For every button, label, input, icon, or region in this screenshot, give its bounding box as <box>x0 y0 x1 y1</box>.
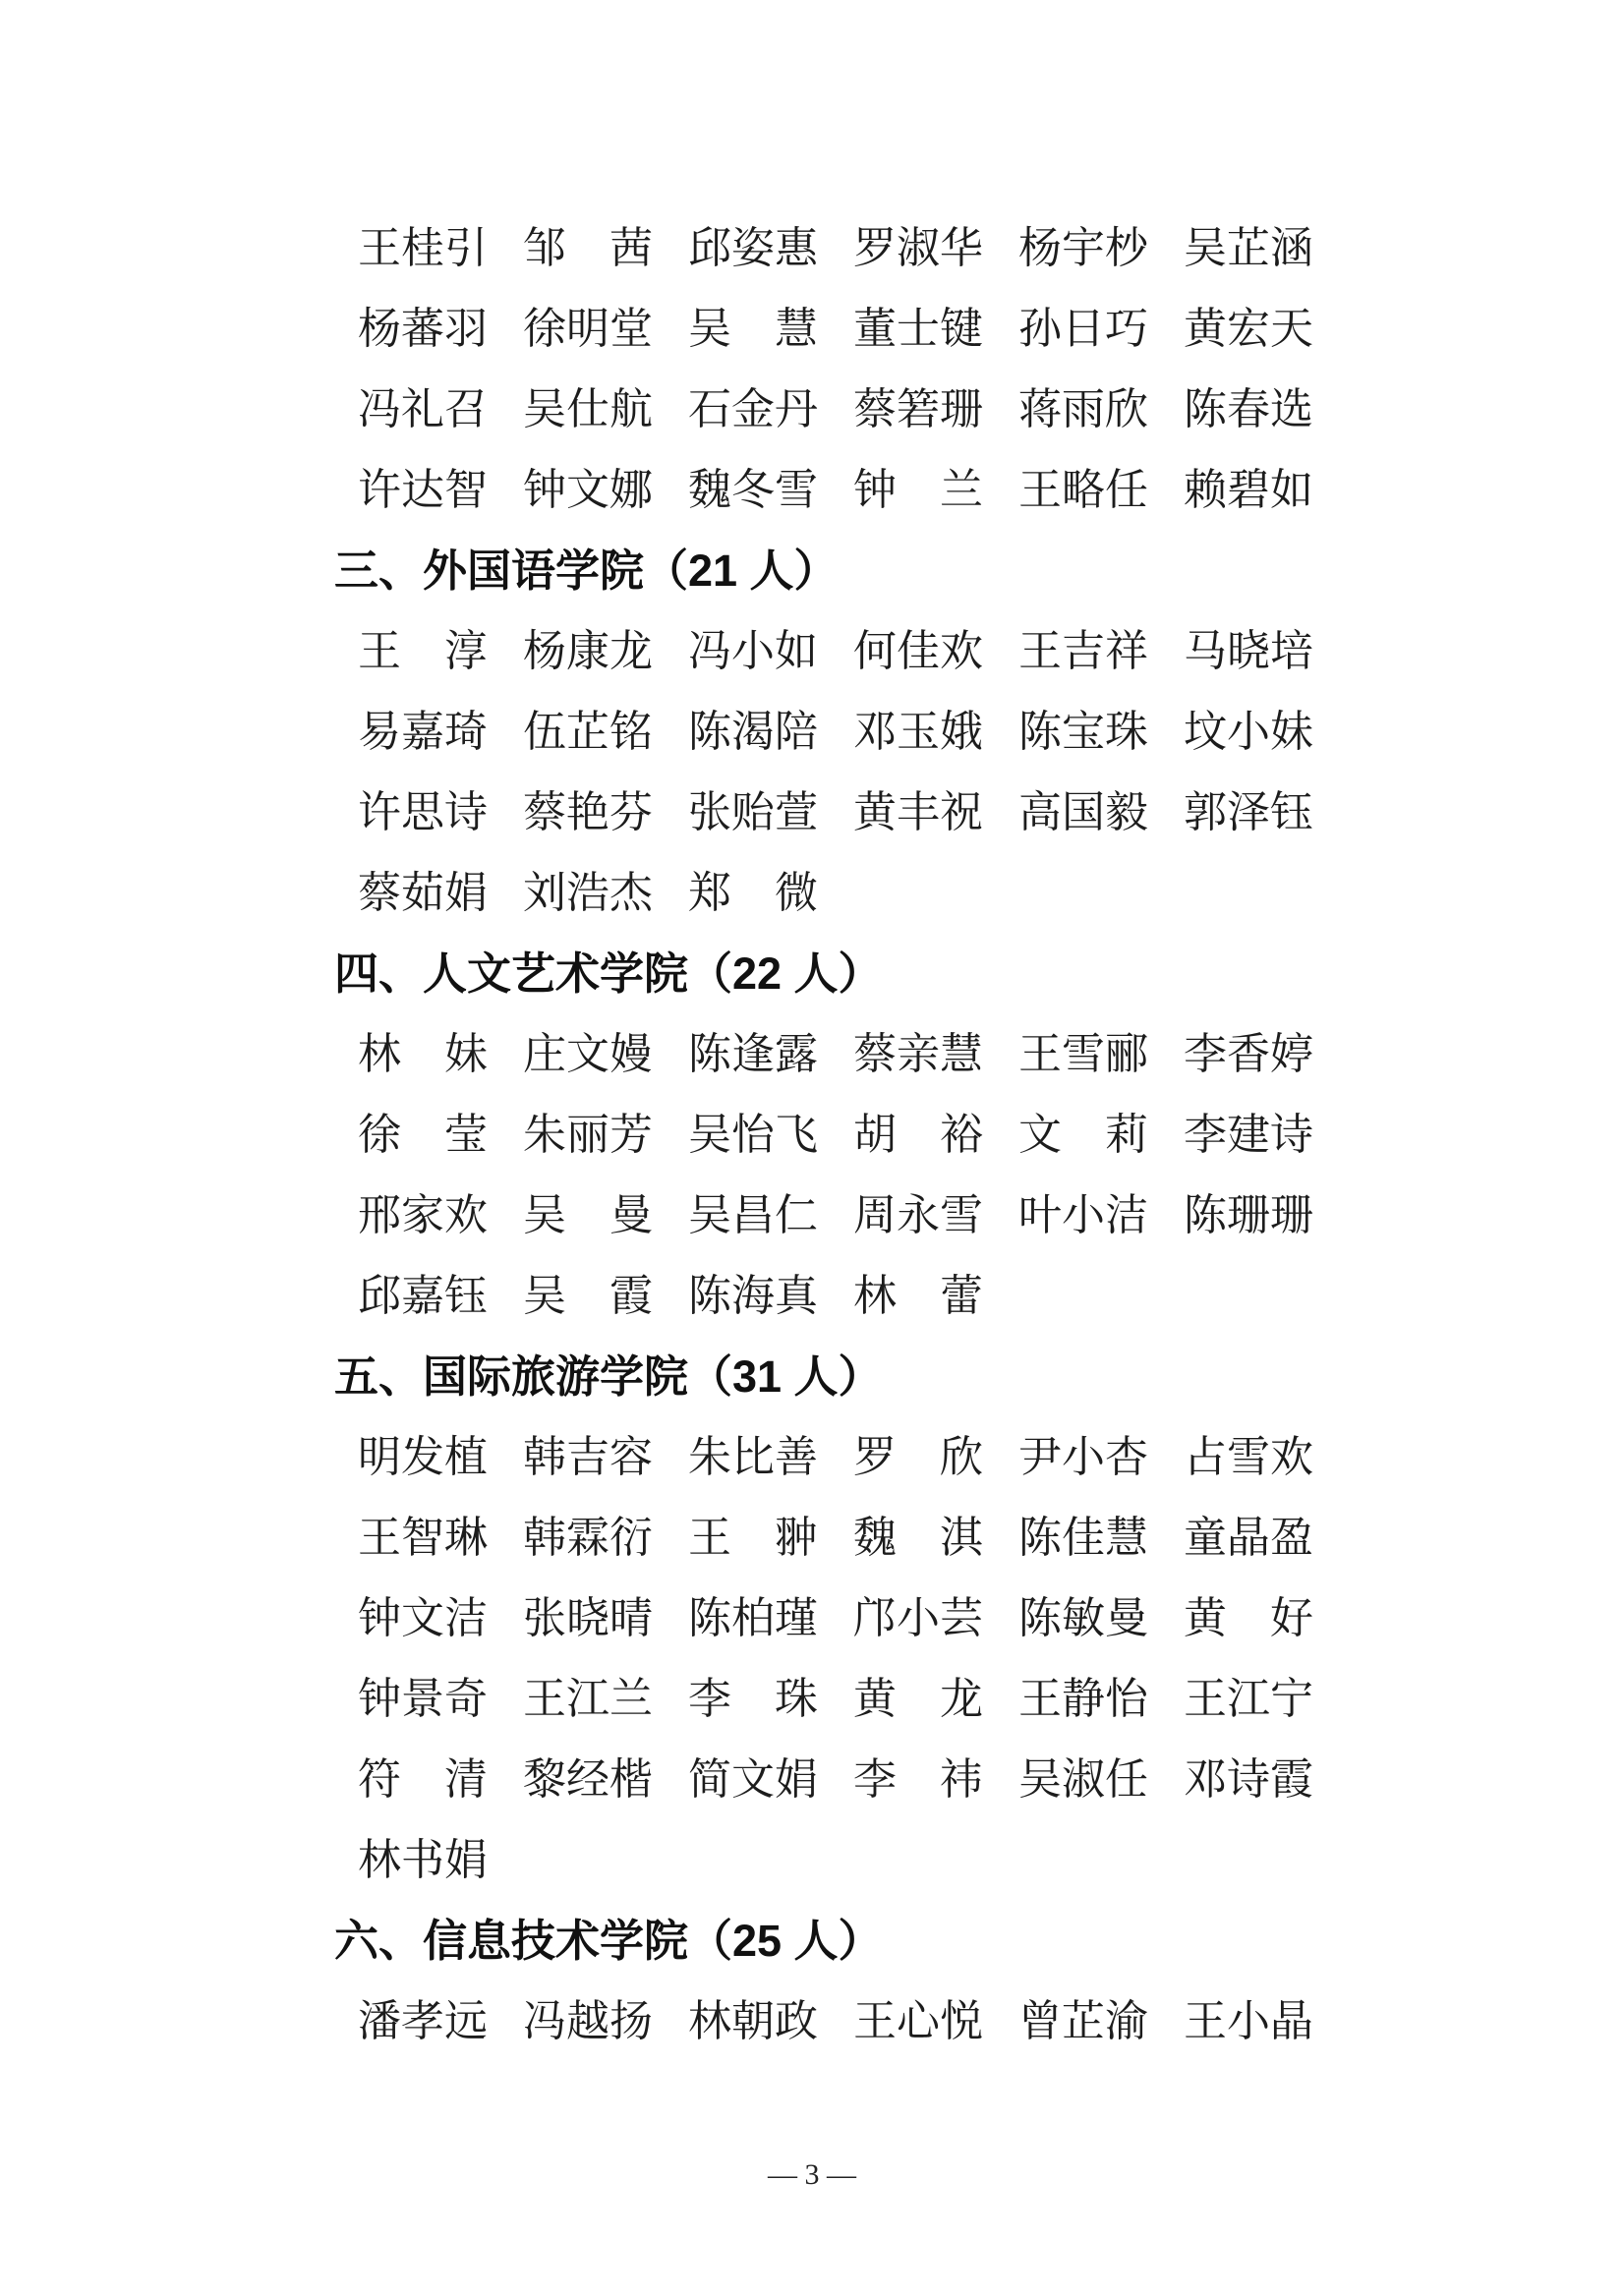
person-name: 伍芷铭 <box>523 692 653 773</box>
person-name: 李香婷 <box>1184 1014 1313 1095</box>
person-name: 李珠 <box>688 1659 818 1740</box>
person-name: 高国毅 <box>1018 773 1148 853</box>
names-row: 钟景奇王江兰李珠黄龙王静怡王江宁 <box>0 1659 1624 1740</box>
page-number: — 3 — <box>0 2158 1624 2192</box>
person-name: 冯礼召 <box>358 370 488 450</box>
person-name: 马晓培 <box>1184 611 1313 692</box>
person-name: 林蕾 <box>853 1256 983 1337</box>
person-name: 林书娟 <box>358 1820 488 1901</box>
person-name: 坟小妹 <box>1184 692 1313 773</box>
person-name: 张贻萱 <box>688 773 818 853</box>
person-name: 林妹 <box>358 1014 488 1095</box>
person-name: 占雪欢 <box>1184 1417 1313 1498</box>
person-name: 石金丹 <box>688 370 818 450</box>
person-name: 郭泽钰 <box>1184 773 1313 853</box>
person-name: 周永雪 <box>853 1176 983 1256</box>
names-row: 明发植韩吉容朱比善罗欣尹小杏占雪欢 <box>0 1417 1624 1498</box>
person-name: 邓诗霞 <box>1184 1740 1313 1820</box>
person-name: 黄好 <box>1184 1578 1313 1659</box>
person-name: 孙日巧 <box>1018 289 1148 370</box>
person-name: 钟文洁 <box>358 1578 488 1659</box>
person-name: 王吉祥 <box>1018 611 1148 692</box>
person-name: 钟兰 <box>853 450 983 531</box>
person-name: 钟景奇 <box>358 1659 488 1740</box>
person-name: 陈渴陪 <box>688 692 818 773</box>
person-name: 王淳 <box>358 611 488 692</box>
person-name: 吴曼 <box>523 1176 653 1256</box>
person-name: 邱姿惠 <box>688 208 818 289</box>
person-name: 刘浩杰 <box>523 853 653 934</box>
person-name: 许思诗 <box>358 773 488 853</box>
person-name: 陈海真 <box>688 1256 818 1337</box>
person-name: 曾芷渝 <box>1018 1981 1148 2062</box>
person-name: 蔡艳芬 <box>523 773 653 853</box>
names-row: 易嘉琦伍芷铭陈渴陪邓玉娥陈宝珠坟小妹 <box>0 692 1624 773</box>
section-heading: 三、外国语学院（21 人） <box>0 531 1624 611</box>
names-row: 林书娟 <box>0 1820 1624 1901</box>
person-name: 王静怡 <box>1018 1659 1148 1740</box>
person-name: 韩霖衍 <box>523 1498 653 1578</box>
person-name: 文莉 <box>1018 1095 1148 1176</box>
names-row: 王淳杨康龙冯小如何佳欢王吉祥马晓培 <box>0 611 1624 692</box>
person-name: 邱嘉钰 <box>358 1256 488 1337</box>
person-name: 吴怡飞 <box>688 1095 818 1176</box>
names-row: 蔡茹娟刘浩杰郑微 <box>0 853 1624 934</box>
names-row: 符清黎经楷简文娟李祎吴淑任邓诗霞 <box>0 1740 1624 1820</box>
person-name: 邢家欢 <box>358 1176 488 1256</box>
names-row: 冯礼召吴仕航石金丹蔡箬珊蒋雨欣陈春选 <box>0 370 1624 450</box>
person-name: 许达智 <box>358 450 488 531</box>
person-name: 邝小芸 <box>853 1578 983 1659</box>
person-name: 王略任 <box>1018 450 1148 531</box>
person-name: 黄龙 <box>853 1659 983 1740</box>
person-name: 陈逢露 <box>688 1014 818 1095</box>
person-name: 童晶盈 <box>1184 1498 1313 1578</box>
person-name: 徐莹 <box>358 1095 488 1176</box>
person-name: 吴仕航 <box>523 370 653 450</box>
person-name: 李祎 <box>853 1740 983 1820</box>
person-name: 林朝政 <box>688 1981 818 2062</box>
names-row: 潘孝远冯越扬林朝政王心悦曾芷渝王小晶 <box>0 1981 1624 2062</box>
person-name: 王小晶 <box>1184 1981 1313 2062</box>
person-name: 潘孝远 <box>358 1981 488 2062</box>
person-name: 蔡茹娟 <box>358 853 488 934</box>
person-name: 邓玉娥 <box>853 692 983 773</box>
person-name: 黄宏天 <box>1184 289 1313 370</box>
person-name: 陈珊珊 <box>1184 1176 1313 1256</box>
document-page: 王桂引邹茜邱姿惠罗淑华杨宇杪吴芷涵杨蕃羽徐明堂吴慧董士键孙日巧黄宏天冯礼召吴仕航… <box>0 0 1624 2296</box>
person-name: 徐明堂 <box>523 289 653 370</box>
person-name: 陈春选 <box>1184 370 1313 450</box>
person-name: 吴慧 <box>688 289 818 370</box>
person-name: 董士键 <box>853 289 983 370</box>
person-name: 庄文嫚 <box>523 1014 653 1095</box>
names-row: 徐莹朱丽芳吴怡飞胡裕文莉李建诗 <box>0 1095 1624 1176</box>
person-name: 叶小洁 <box>1018 1176 1148 1256</box>
person-name: 杨蕃羽 <box>358 289 488 370</box>
section-heading: 五、国际旅游学院（31 人） <box>0 1337 1624 1417</box>
person-name: 罗淑华 <box>853 208 983 289</box>
person-name: 魏冬雪 <box>688 450 818 531</box>
person-name: 简文娟 <box>688 1740 818 1820</box>
person-name: 罗欣 <box>853 1417 983 1498</box>
person-name: 钟文娜 <box>523 450 653 531</box>
person-name: 易嘉琦 <box>358 692 488 773</box>
person-name: 蔡亲慧 <box>853 1014 983 1095</box>
person-name: 陈柏瑾 <box>688 1578 818 1659</box>
names-row: 杨蕃羽徐明堂吴慧董士键孙日巧黄宏天 <box>0 289 1624 370</box>
person-name: 张晓晴 <box>523 1578 653 1659</box>
names-row: 许思诗蔡艳芬张贻萱黄丰祝高国毅郭泽钰 <box>0 773 1624 853</box>
person-name: 王桂引 <box>358 208 488 289</box>
person-name: 李建诗 <box>1184 1095 1313 1176</box>
person-name: 郑微 <box>688 853 818 934</box>
person-name: 王智琳 <box>358 1498 488 1578</box>
person-name: 陈佳慧 <box>1018 1498 1148 1578</box>
person-name: 尹小杏 <box>1018 1417 1148 1498</box>
names-row: 邱嘉钰吴霞陈海真林蕾 <box>0 1256 1624 1337</box>
section-heading: 六、信息技术学院（25 人） <box>0 1901 1624 1981</box>
person-name: 杨宇杪 <box>1018 208 1148 289</box>
person-name: 杨康龙 <box>523 611 653 692</box>
person-name: 朱比善 <box>688 1417 818 1498</box>
person-name: 王翀 <box>688 1498 818 1578</box>
person-name: 黎经楷 <box>523 1740 653 1820</box>
person-name: 符清 <box>358 1740 488 1820</box>
person-name: 吴昌仁 <box>688 1176 818 1256</box>
person-name: 赖碧如 <box>1184 450 1313 531</box>
person-name: 吴霞 <box>523 1256 653 1337</box>
person-name: 韩吉容 <box>523 1417 653 1498</box>
person-name: 冯越扬 <box>523 1981 653 2062</box>
person-name: 王江兰 <box>523 1659 653 1740</box>
person-name: 黄丰祝 <box>853 773 983 853</box>
person-name: 魏淇 <box>853 1498 983 1578</box>
names-row: 钟文洁张晓晴陈柏瑾邝小芸陈敏曼黄好 <box>0 1578 1624 1659</box>
person-name: 蒋雨欣 <box>1018 370 1148 450</box>
person-name: 明发植 <box>358 1417 488 1498</box>
document-body: 王桂引邹茜邱姿惠罗淑华杨宇杪吴芷涵杨蕃羽徐明堂吴慧董士键孙日巧黄宏天冯礼召吴仕航… <box>0 208 1624 2062</box>
person-name: 王江宁 <box>1184 1659 1313 1740</box>
person-name: 何佳欢 <box>853 611 983 692</box>
person-name: 胡裕 <box>853 1095 983 1176</box>
names-row: 王智琳韩霖衍王翀魏淇陈佳慧童晶盈 <box>0 1498 1624 1578</box>
person-name: 蔡箬珊 <box>853 370 983 450</box>
person-name: 王心悦 <box>853 1981 983 2062</box>
person-name: 邹茜 <box>523 208 653 289</box>
names-row: 许达智钟文娜魏冬雪钟兰王略任赖碧如 <box>0 450 1624 531</box>
person-name: 吴淑任 <box>1018 1740 1148 1820</box>
person-name: 陈宝珠 <box>1018 692 1148 773</box>
names-row: 邢家欢吴曼吴昌仁周永雪叶小洁陈珊珊 <box>0 1176 1624 1256</box>
person-name: 朱丽芳 <box>523 1095 653 1176</box>
person-name: 陈敏曼 <box>1018 1578 1148 1659</box>
person-name: 吴芷涵 <box>1184 208 1313 289</box>
section-heading: 四、人文艺术学院（22 人） <box>0 934 1624 1014</box>
person-name: 王雪郦 <box>1018 1014 1148 1095</box>
names-row: 林妹庄文嫚陈逢露蔡亲慧王雪郦李香婷 <box>0 1014 1624 1095</box>
person-name: 冯小如 <box>688 611 818 692</box>
names-row: 王桂引邹茜邱姿惠罗淑华杨宇杪吴芷涵 <box>0 208 1624 289</box>
